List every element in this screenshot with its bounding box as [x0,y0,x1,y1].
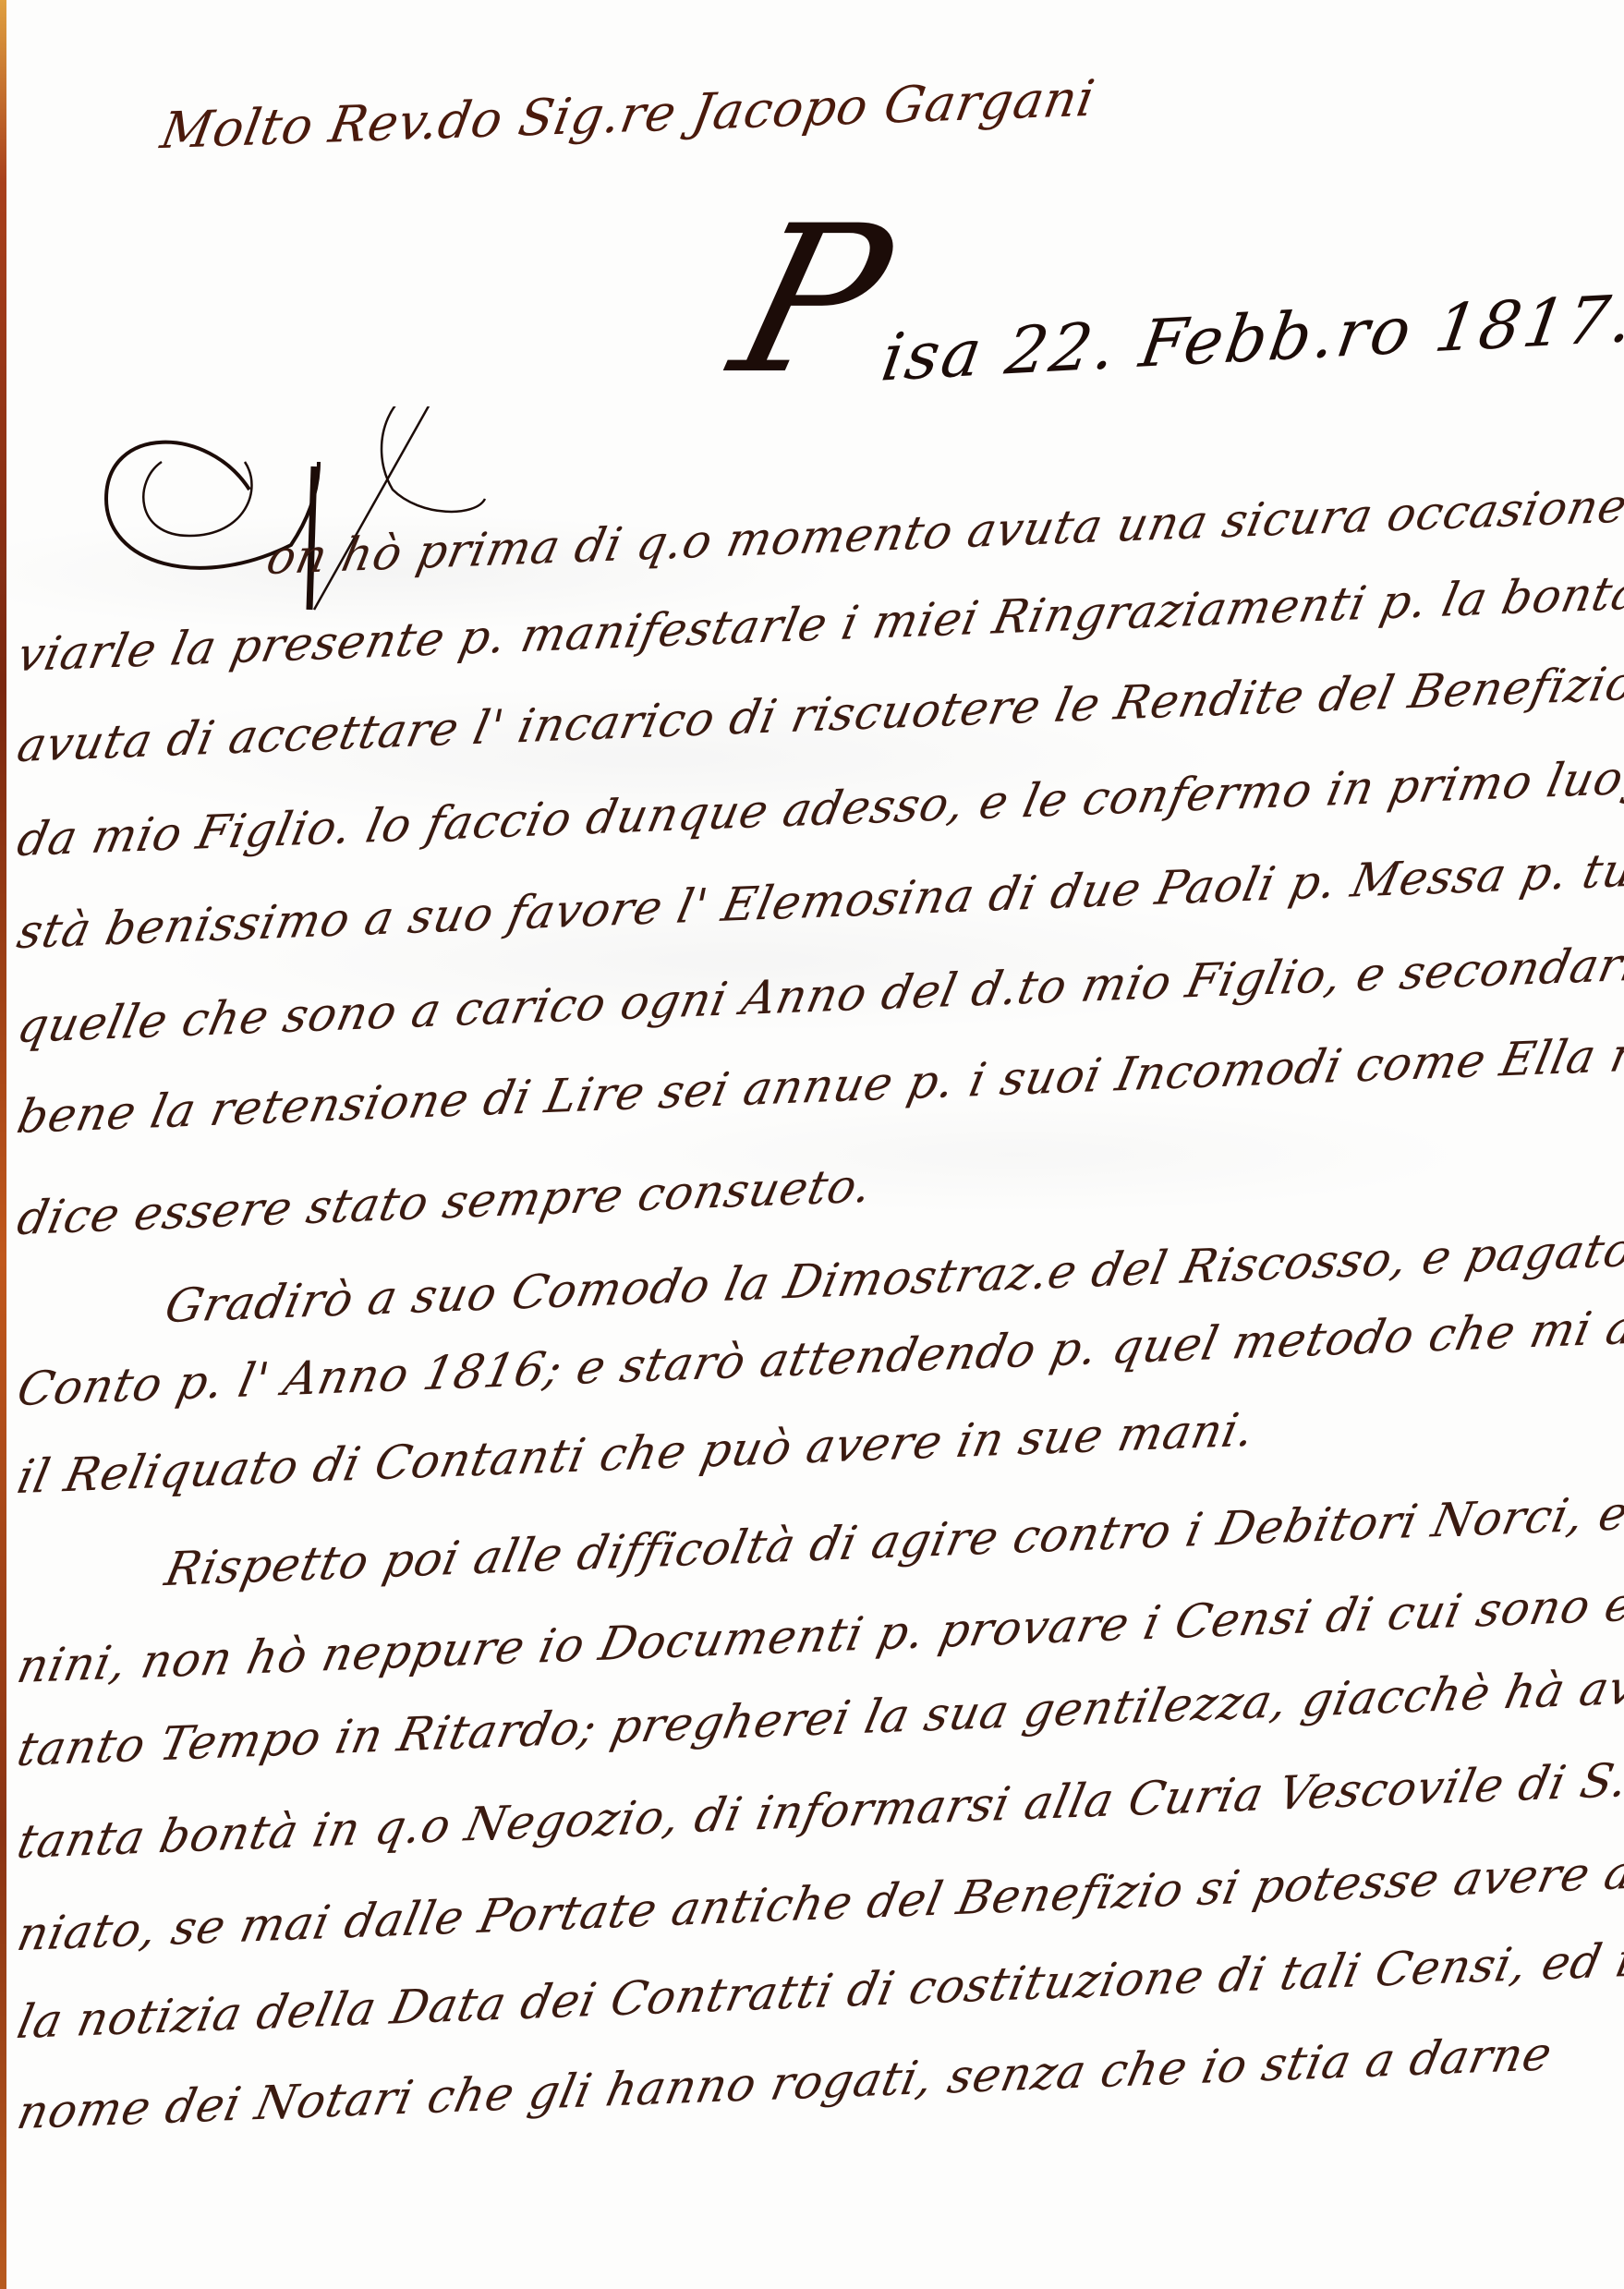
dateline-place-initial: P [719,199,906,402]
body-line-18: nome dei Notari che gli hanno rogati, se… [13,2027,1557,2139]
dateline: P isa 22. Febb.ro 1817. [744,199,1575,420]
drop-cap-n-flourish [88,406,494,628]
body-line-8: dice essere stato sempre consueto. [13,1158,878,1245]
page-left-edge [0,0,6,2289]
body-line-11: il Reliquato di Contanti che può avere i… [13,1402,1260,1504]
dateline-place-and-date: isa 22. Febb.ro 1817. [877,280,1624,395]
dateline-date: 22. Febb.ro 1817. [1000,280,1624,389]
dateline-place: isa [877,314,989,396]
body-line-12: Rispetto poi alle difficoltà di agire co… [161,1481,1624,1596]
body-line-5: stà benissimo a suo favore l' Elemosina … [13,841,1624,959]
salutation: Molto Rev.do Sig.re Jacopo Gargani [156,69,1099,161]
